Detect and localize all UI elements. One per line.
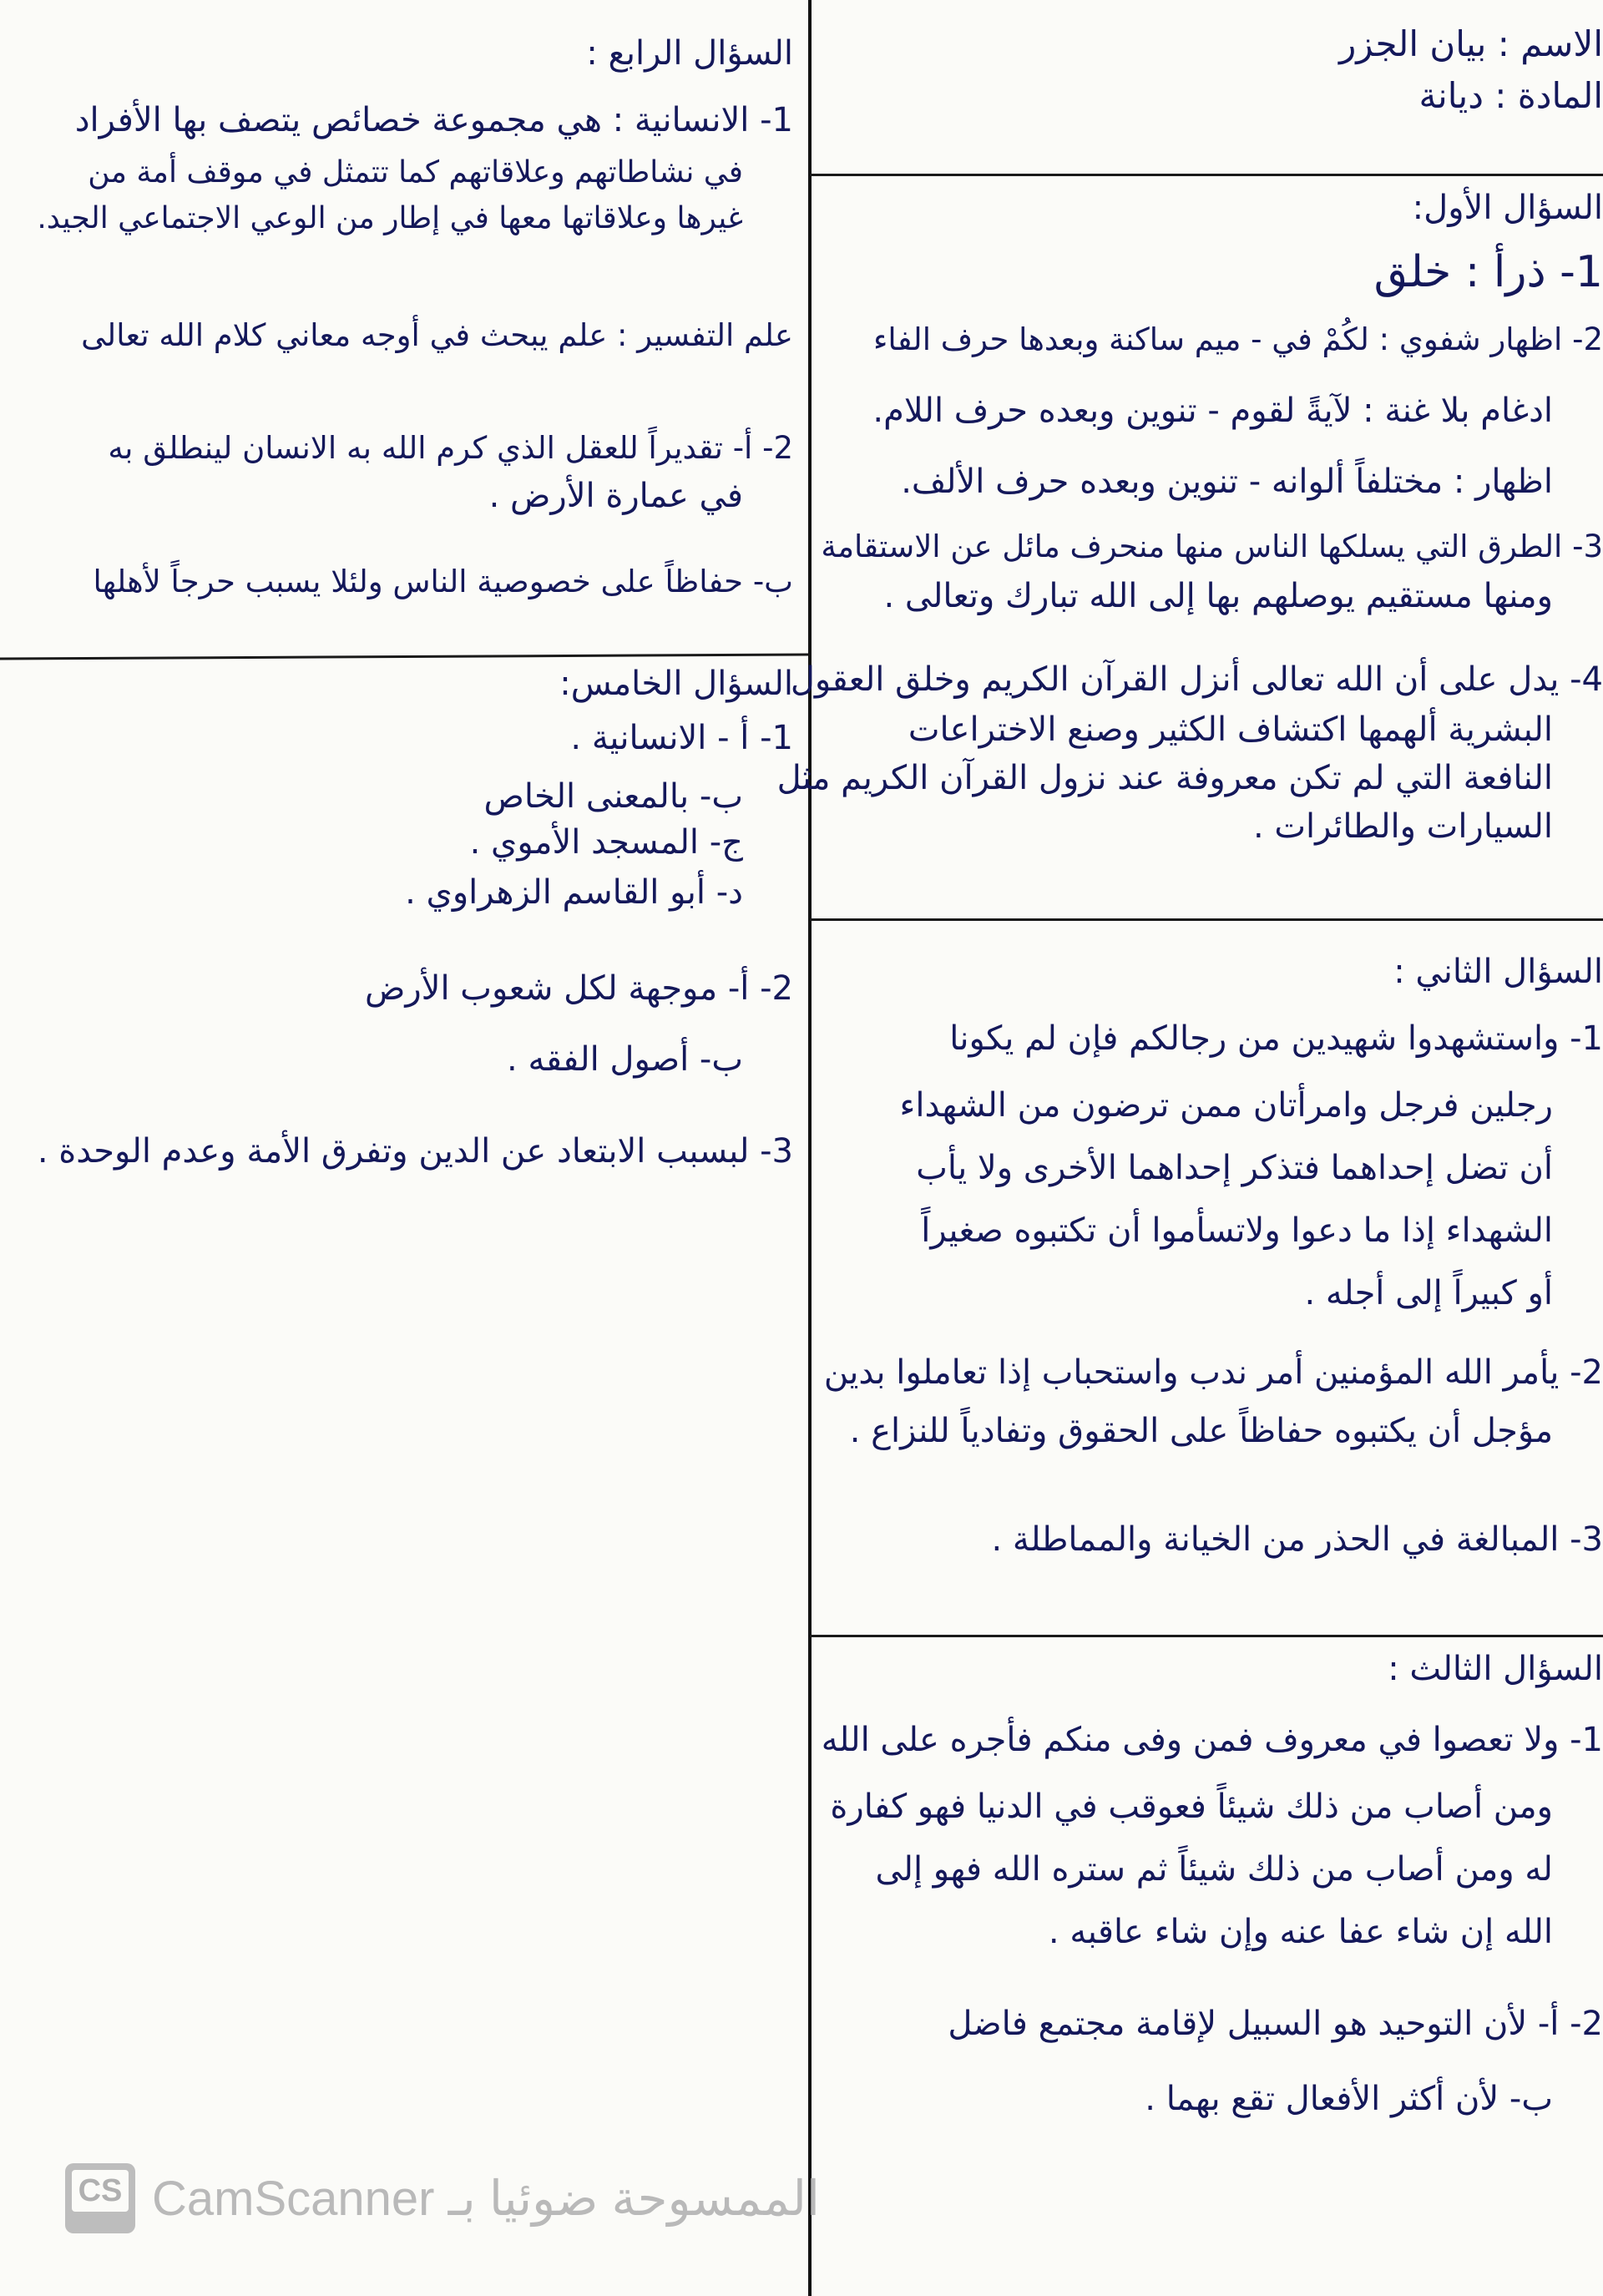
q2-line: مؤجل أن يكتبوه حفاظاً على الحقوق وتفاديا… — [850, 1411, 1553, 1451]
q1-line: 1- ذرأ : خلق — [1374, 246, 1603, 298]
camscanner-watermark: CS الممسوحة ضوئيا بـ CamScanner — [65, 2165, 820, 2232]
q1-line: 2- اظهار شفوي : لكُمْ في - ميم ساكنة وبع… — [873, 321, 1603, 358]
q1-title: السؤال الأول: — [1413, 188, 1603, 228]
q1-line: النافعة التي لم تكن معروفة عند نزول القر… — [777, 758, 1553, 798]
q3-line: 2- أ- لأن التوحيد هو السبيل لإقامة مجتمع… — [948, 2004, 1603, 2044]
subject-name: المادة : ديانة — [1419, 75, 1603, 117]
q4-line: ب- حفاظاً على خصوصية الناس ولئلا يسبب حر… — [94, 564, 793, 600]
q5-line: ج- المسجد الأموي . — [470, 822, 743, 862]
q2-line: رجلين فرجل وامرأتان ممن ترضون من الشهداء — [900, 1085, 1553, 1125]
q4-line: 1- الانسانية : هي مجموعة خصائص يتصف بها … — [75, 100, 793, 140]
camscanner-logo-icon: CS — [65, 2163, 135, 2233]
q5-line: 1- أ - الانسانية . — [570, 718, 793, 758]
q4-title: السؤال الرابع : — [586, 33, 793, 73]
q3-line: له ومن أصاب من ذلك شيئاً ثم ستره الله فه… — [875, 1849, 1553, 1889]
q5-line: ب- أصول الفقه . — [507, 1039, 743, 1080]
q2-line: الشهداء إذا ما دعوا ولاتسأموا أن تكتبوه … — [921, 1211, 1553, 1251]
q3-line: الله إن شاء عفا عنه وإن شاء عاقبه . — [1049, 1912, 1553, 1952]
q1-line: 4- يدل على أن الله تعالى أنزل القرآن الك… — [791, 660, 1603, 700]
q4-line: علم التفسير : علم يبحث في أوجه معاني كلا… — [81, 317, 793, 354]
q1-line: البشرية ألهمها اكتشاف الكثير وصنع الاختر… — [908, 710, 1553, 750]
q1-line: ومنها مستقيم يوصلهم بها إلى الله تبارك و… — [883, 576, 1553, 616]
watermark-text: الممسوحة ضوئيا بـ CamScanner — [152, 2170, 820, 2227]
student-name: الاسم : بيان الجزر — [1339, 23, 1603, 65]
q3-title: السؤال الثالث : — [1388, 1649, 1603, 1689]
q4-line: 2- أ- تقديراً للعقل الذي كرم الله به الا… — [108, 430, 793, 467]
q5-line: 2- أ- موجهة لكل شعوب الأرض — [365, 968, 793, 1009]
q3-line: 1- ولا تعصوا في معروف فمن وفى منكم فأجره… — [822, 1720, 1603, 1760]
q2-line: 1- واستشهدوا شهيدين من رجالكم فإن لم يكو… — [949, 1019, 1603, 1059]
q2-line: 2- يأمر الله المؤمنين أمر ندب واستحباب إ… — [824, 1353, 1603, 1393]
q5-line: 3- لبسبب الابتعاد عن الدين وتفرق الأمة و… — [38, 1131, 793, 1171]
q3-line: ب- لأن أكثر الأفعال تقع بهما . — [1145, 2079, 1553, 2119]
q4-line: في نشاطاتهم وعلاقاتهم كما تتمثل في موقف … — [88, 154, 743, 190]
q1-line: السيارات والطائرات . — [1253, 807, 1553, 847]
q4-line: في عمارة الأرض . — [489, 476, 743, 516]
q5-title: السؤال الخامس: — [559, 664, 793, 704]
right-column: الاسم : بيان الجزر المادة : ديانة السؤال… — [812, 0, 1603, 2296]
q1-line: اظهار : مختلفاً ألوانه - تنوين وبعده حرف… — [901, 462, 1553, 502]
q2-line: أن تضل إحداهما فتذكر إحداهما الأخرى ولا … — [916, 1148, 1553, 1188]
q2-line: أو كبيراً إلى أجله . — [1304, 1273, 1553, 1313]
q3-line: ومن أصاب من ذلك شيئاً فعوقب في الدنيا فه… — [830, 1787, 1553, 1827]
left-column: السؤال الرابع : 1- الانسانية : هي مجموعة… — [0, 0, 793, 2296]
q5-line: د- أبو القاسم الزهراوي . — [405, 872, 743, 913]
q4-line: غيرها وعلاقاتها معها في إطار من الوعي ال… — [37, 200, 743, 236]
q5-line: ب- بالمعنى الخاص — [483, 776, 743, 817]
scanned-answer-sheet: الاسم : بيان الجزر المادة : ديانة السؤال… — [0, 0, 1603, 2296]
q1-line: 3- الطرق التي يسلكها الناس منها منحرف ما… — [821, 528, 1603, 565]
q2-line: 3- المبالغة في الحذر من الخيانة والمماطل… — [991, 1520, 1603, 1560]
q2-title: السؤال الثاني : — [1393, 952, 1603, 992]
q1-line: ادغام بلا غنة : لآيةً لقوم - تنوين وبعده… — [872, 391, 1553, 431]
